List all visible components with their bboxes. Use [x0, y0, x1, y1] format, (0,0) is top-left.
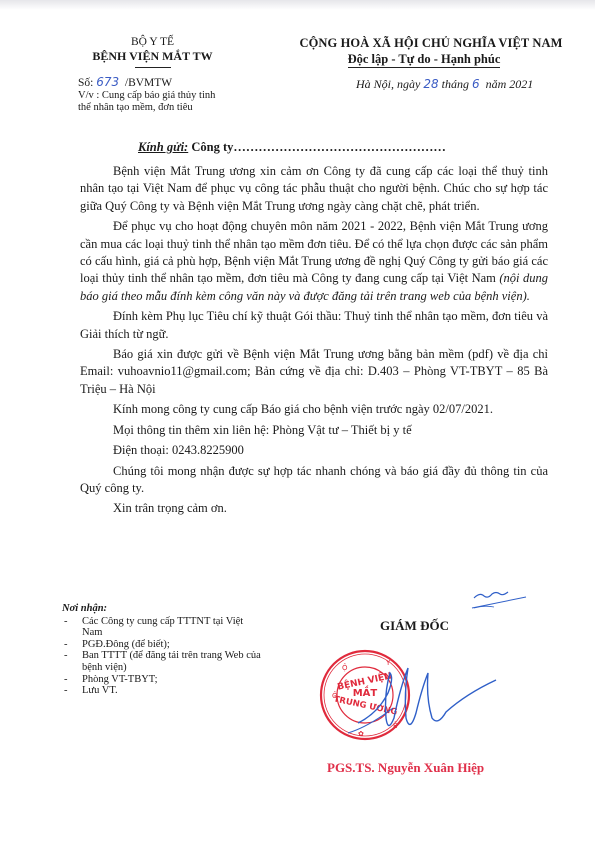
paragraph: Chúng tôi mong nhận được sự hợp tác nhan… [80, 463, 548, 498]
handwritten-month: 6 [472, 77, 480, 91]
paraph-mark-icon [468, 588, 528, 613]
paragraph: Xin trân trọng cảm ơn. [80, 500, 548, 517]
document-number: Số: 673 /BVMTW [78, 75, 172, 89]
year-text: năm 2021 [486, 77, 534, 91]
ministry-name: BỘ Y TẾ [60, 36, 245, 49]
paragraph: Điện thoại: 0243.8225900 [80, 442, 548, 459]
recipient-item: Các Công ty cung cấp TTTNT tại Việt Nam [62, 616, 262, 639]
addressee-value: Công ty…………………………………………… [191, 140, 446, 154]
country-name: CỘNG HOÀ XÃ HỘI CHỦ NGHĨA VIỆT NAM [266, 36, 595, 50]
paragraph: Mọi thông tin thêm xin liên hệ: Phòng Vậ… [80, 422, 548, 439]
recipients: Nơi nhận: Các Công ty cung cấp TTTNT tại… [62, 603, 262, 697]
header-right: CỘNG HOÀ XÃ HỘI CHỦ NGHĨA VIỆT NAM Độc l… [266, 36, 595, 68]
handwritten-day: 28 [423, 77, 438, 91]
signer-name: PGS.TS. Nguyễn Xuân Hiệp [327, 760, 484, 776]
paragraph: Kính mong công ty cung cấp Báo giá cho b… [80, 401, 548, 418]
paragraph: Báo giá xin được gửi về Bệnh viện Mắt Tr… [80, 346, 548, 398]
header-left-rule [135, 67, 171, 68]
month-label: tháng [442, 77, 469, 91]
scan-edge-shading [0, 0, 595, 10]
recipient-item: PGĐ.Đông (để biết); [62, 639, 262, 651]
signature-icon [338, 648, 528, 758]
subject-line: thể nhân tạo mềm, đơn tiêu [78, 102, 248, 114]
number-suffix: /BVMTW [125, 77, 172, 89]
subject: V/v : Cung cấp báo giá thủy tinh thể nhâ… [78, 90, 248, 114]
paragraph: Để phục vụ cho hoạt động chuyên môn năm … [80, 218, 548, 305]
letter-body: Bệnh viện Mắt Trung ương xin cảm ơn Công… [80, 163, 548, 521]
paragraph: Bệnh viện Mắt Trung ương xin cảm ơn Công… [80, 163, 548, 215]
number-label: Số: [78, 77, 93, 89]
hospital-name: BỆNH VIỆN MẮT TW [60, 49, 245, 63]
paragraph: Đính kèm Phụ lục Tiêu chí kỹ thuật Gói t… [80, 308, 548, 343]
header-left: BỘ Y TẾ BỆNH VIỆN MẮT TW [60, 36, 245, 68]
recipient-item: Lưu VT. [62, 685, 262, 697]
addressee: Kính gửi: Công ty…………………………………………… [138, 140, 446, 155]
addressee-label: Kính gửi: [138, 140, 188, 154]
signer-position: GIÁM ĐỐC [380, 618, 449, 634]
national-motto: Độc lập - Tự do - Hạnh phúc [348, 52, 501, 68]
handwritten-number: 673 [96, 75, 119, 89]
recipients-title: Nơi nhận: [62, 603, 262, 615]
recipient-item: Phòng VT-TBYT; [62, 674, 262, 686]
recipient-item: Ban TTTT (để đăng tải trên trang Web của… [62, 650, 262, 673]
document-date: Hà Nội, ngày 28 tháng 6 năm 2021 [356, 77, 533, 92]
subject-line: V/v : Cung cấp báo giá thủy tinh [78, 90, 248, 102]
date-prefix: Hà Nội, ngày [356, 77, 420, 91]
